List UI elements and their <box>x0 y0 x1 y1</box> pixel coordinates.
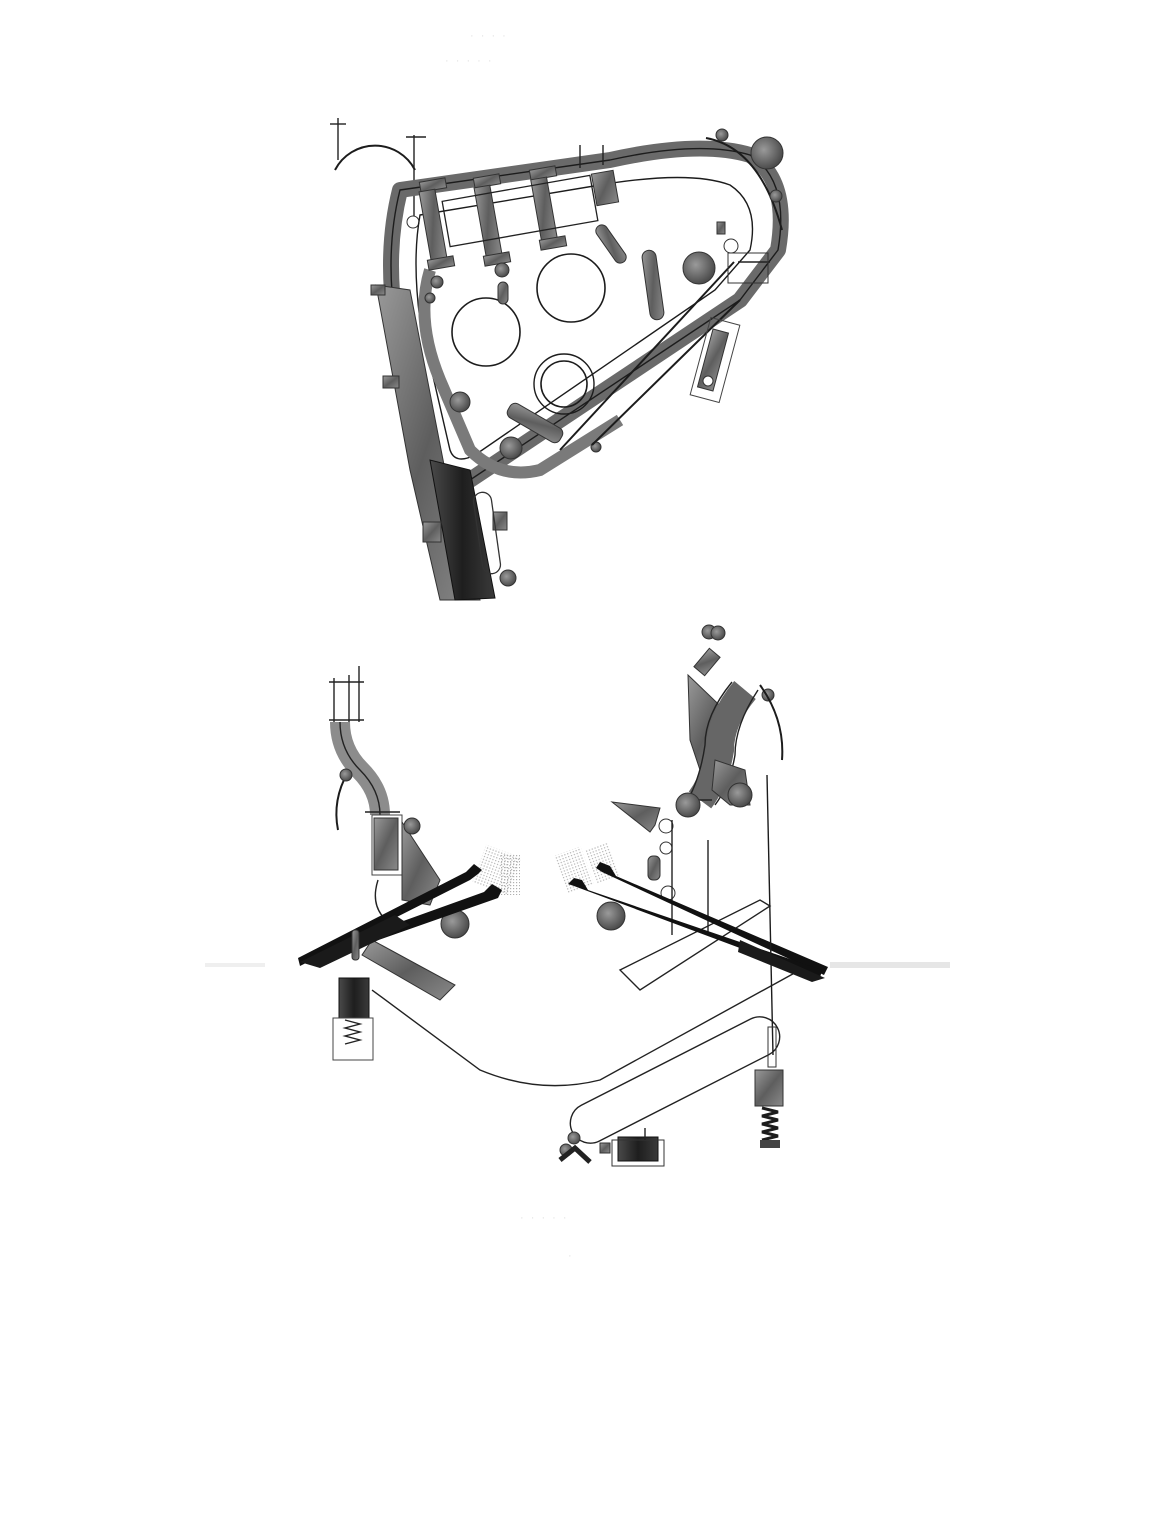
playfield-diagram <box>0 0 1160 1517</box>
lower-playfield <box>205 625 950 1166</box>
diagram-page: · · · · · · · · · · · · · · · <box>0 0 1160 1517</box>
pop-bumpers <box>452 254 605 414</box>
right-flippers <box>554 842 828 982</box>
upper-playfield <box>330 118 783 600</box>
right-twisted-ramp <box>676 625 782 817</box>
top-left-arc-gate <box>330 118 426 228</box>
left-wire-ramp <box>329 666 400 830</box>
apron-channel <box>372 900 800 1150</box>
outhole-kicker <box>560 1128 664 1166</box>
